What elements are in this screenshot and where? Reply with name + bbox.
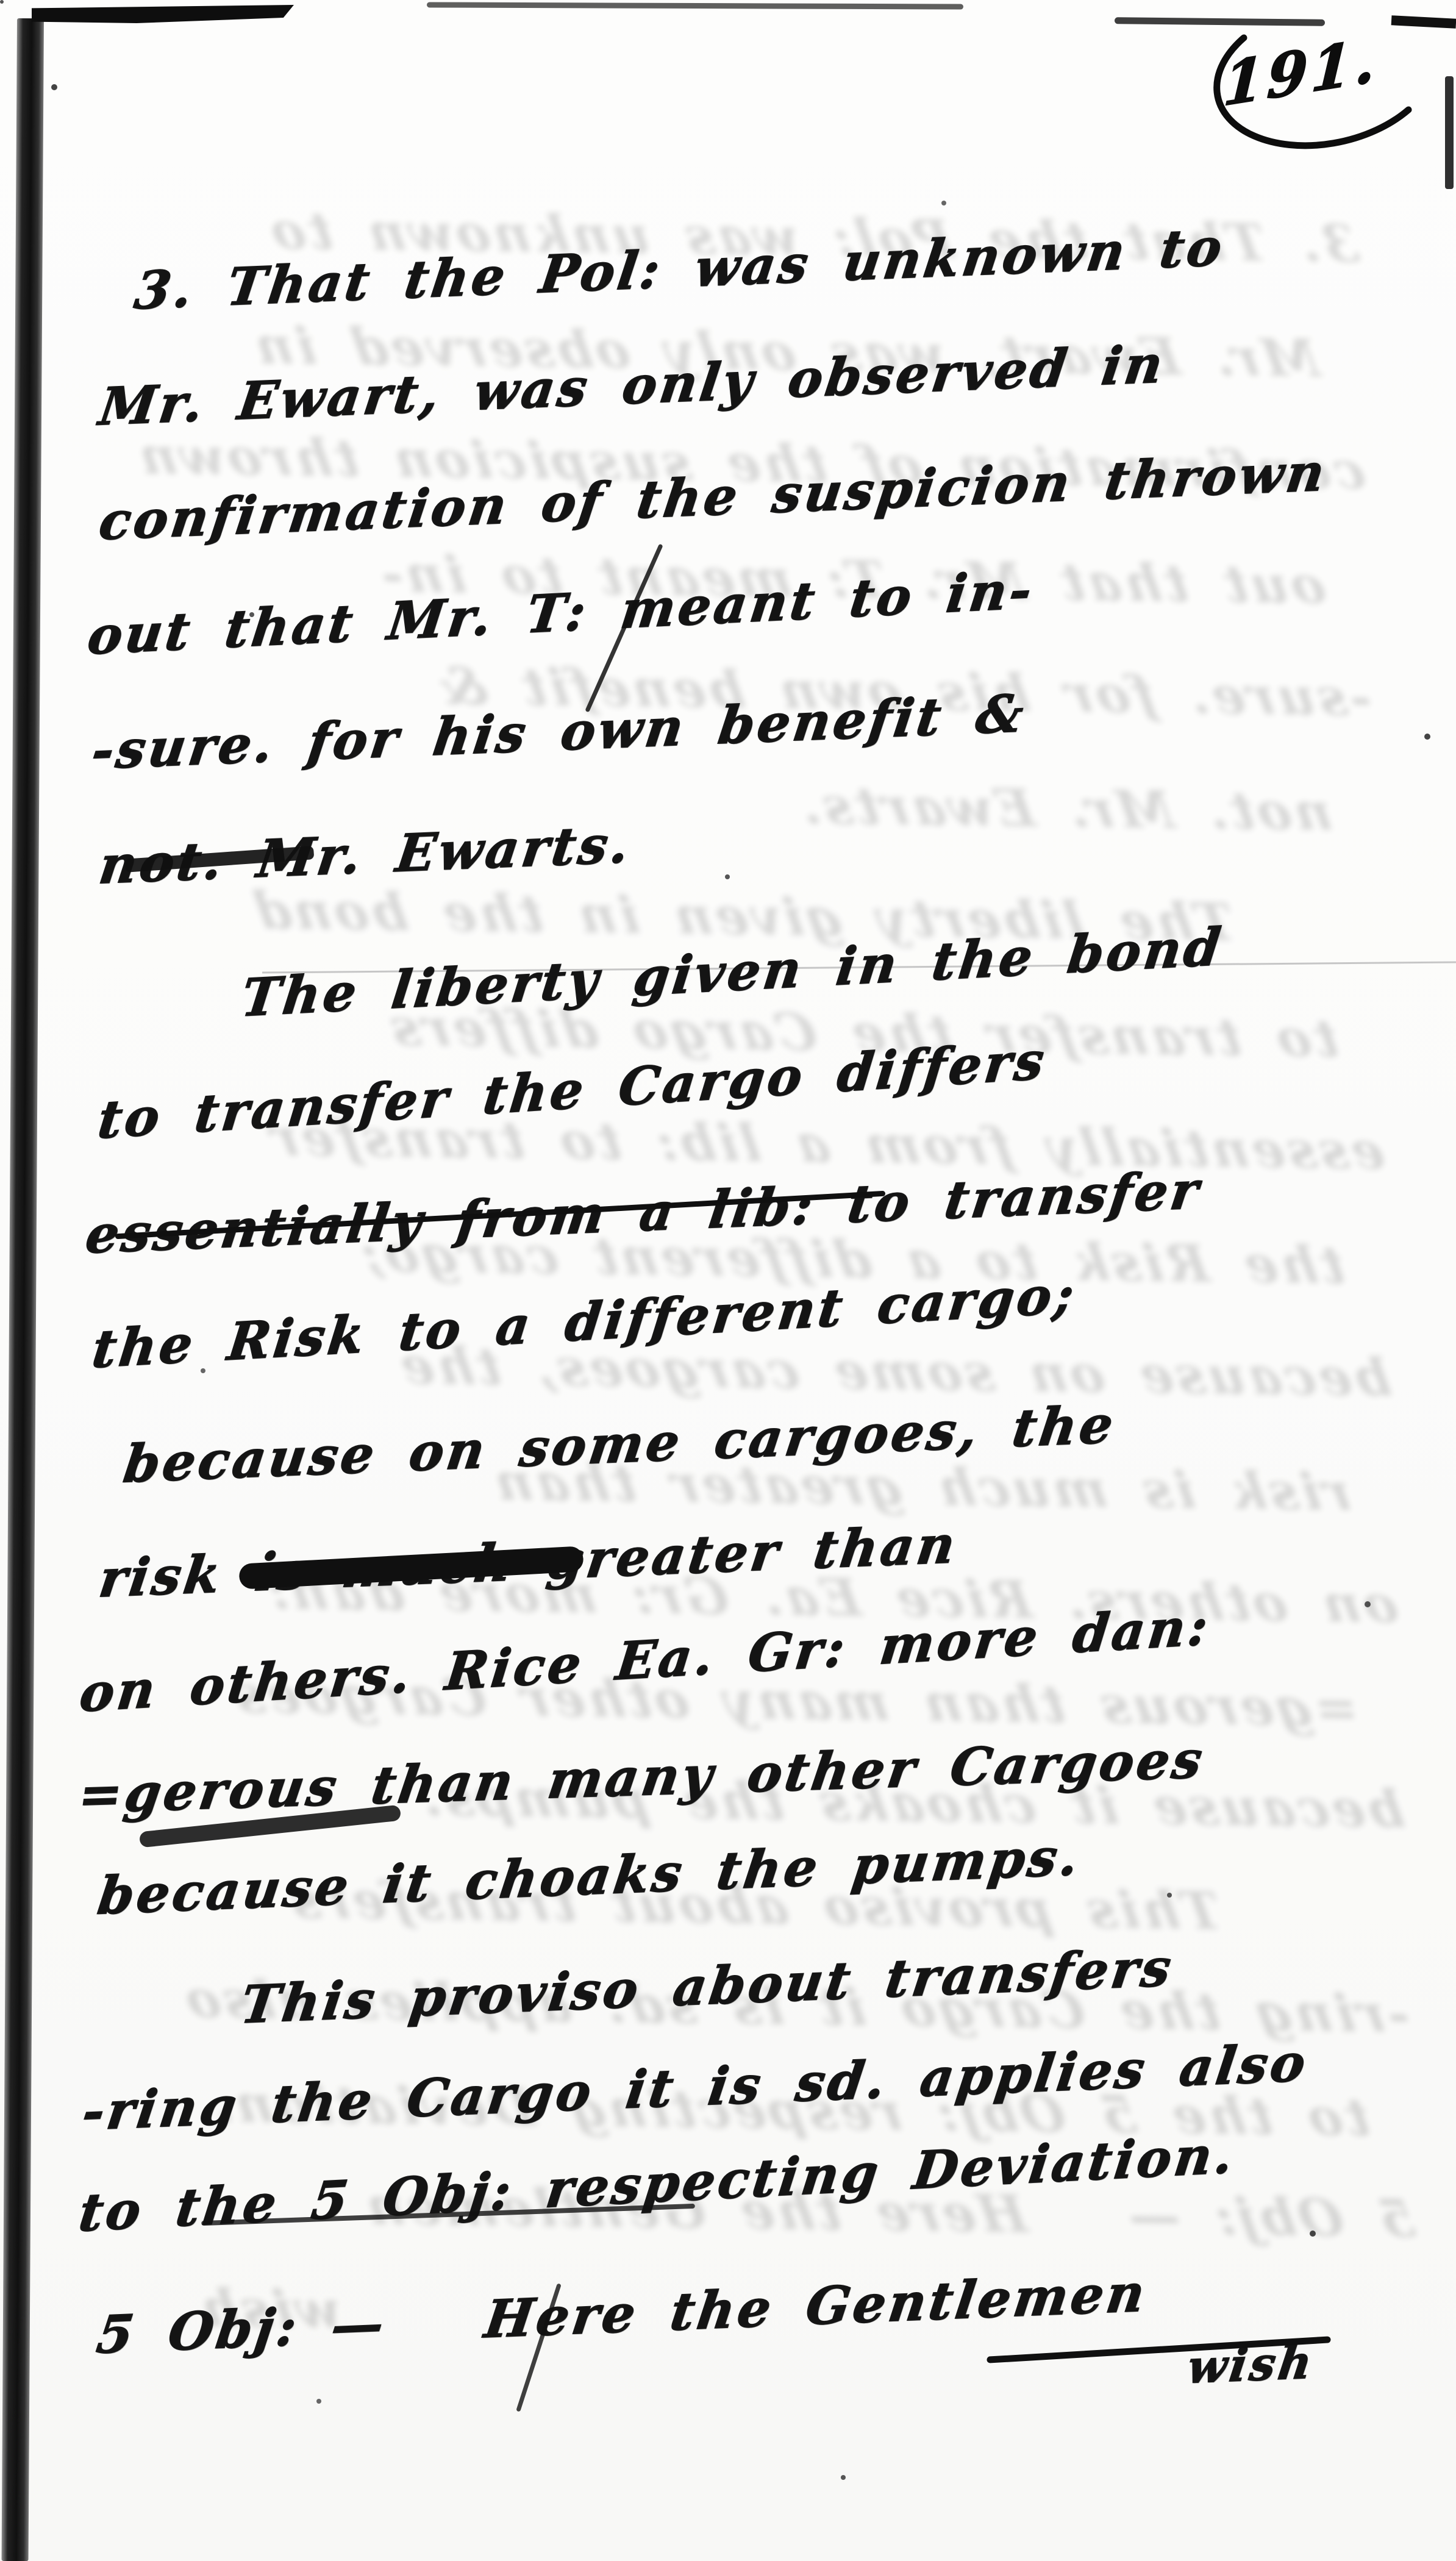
binding-edge-shadow xyxy=(2,18,44,2561)
page-number: 191. xyxy=(1131,6,1436,189)
paper-specks xyxy=(0,0,4,4)
scan-edge-top xyxy=(427,2,963,9)
scan-edge-right xyxy=(1445,76,1454,189)
manuscript-page: 191. 3. That the Pol: was unknown toMr. … xyxy=(0,0,1456,2561)
scan-edge-topleft xyxy=(32,5,294,23)
manuscript-text: 3. That the Pol: was unknown toMr. Ewart… xyxy=(91,262,1415,2459)
